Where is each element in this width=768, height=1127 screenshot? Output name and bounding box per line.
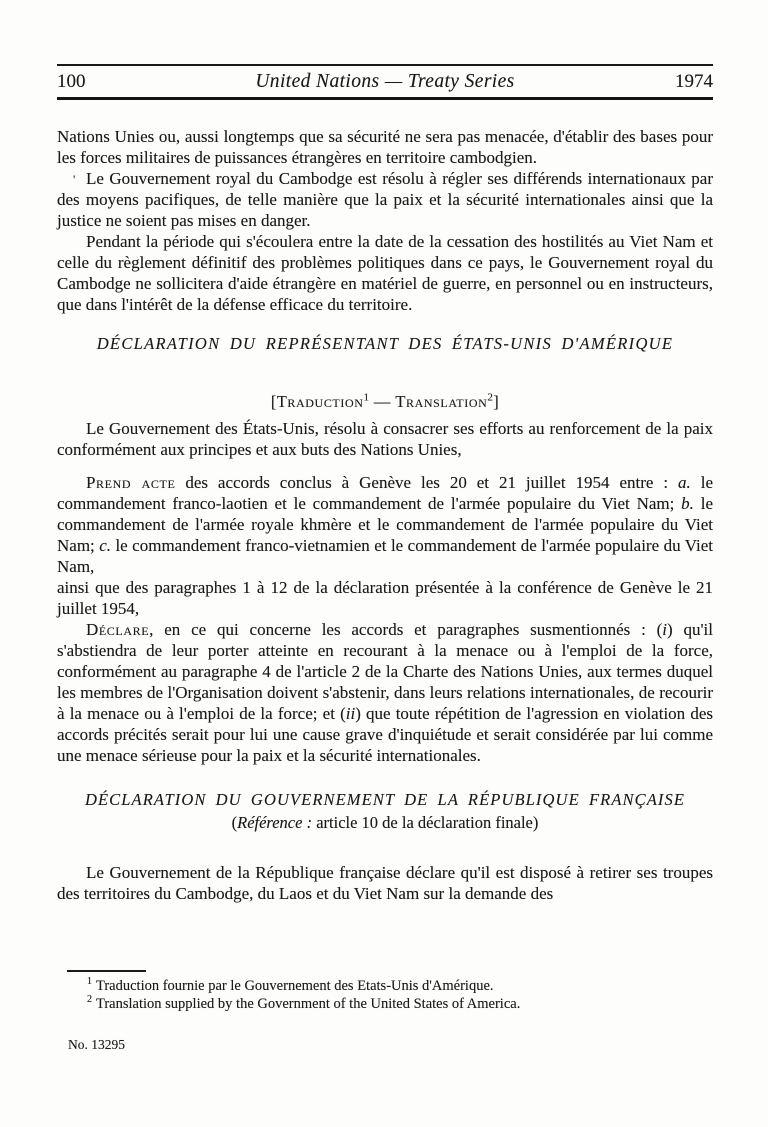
text-segment: Le Gouvernement des États-Unis, résolu à…: [57, 419, 713, 459]
section-heading-us-declaration: DÉCLARATION DU REPRÉSENTANT DES ÉTATS-UN…: [57, 332, 713, 355]
header-row: 100 United Nations — Treaty Series 1974: [57, 66, 713, 97]
text-segment: Prend acte: [86, 473, 175, 492]
footnote-marker: 1: [87, 976, 92, 987]
treaty-series-page: 100 United Nations — Treaty Series 1974 …: [0, 0, 768, 1127]
footnote: 2Translation supplied by the Government …: [57, 995, 713, 1013]
text-segment: DÉCLARATION DU GOUVERNEMENT DE LA RÉPUBL…: [85, 790, 685, 809]
text-segment: le commandement franco-vietnamien et le …: [57, 536, 713, 576]
text-segment: —: [369, 392, 395, 411]
text-segment: , en ce qui concerne les accords et para…: [149, 620, 662, 639]
text-segment: ': [73, 169, 75, 190]
text-segment: ]: [493, 392, 499, 411]
footnote-text: Traduction fournie par le Gouvernement d…: [96, 978, 494, 994]
text-segment: Translation: [395, 392, 487, 411]
text-segment: Déclare: [86, 620, 149, 639]
page-body: Nations Unies ou, aussi longtemps que sa…: [57, 99, 713, 904]
paragraph-us-resolved: Le Gouvernement des États-Unis, résolu à…: [57, 418, 713, 460]
footnote-text: Translation supplied by the Government o…: [96, 996, 520, 1012]
translation-note: [Traduction1 — Translation2]: [57, 391, 713, 412]
text-segment: article 10 de la déclaration finale): [312, 813, 538, 832]
text-segment: ainsi que des paragraphes 1 à 12 de la d…: [57, 578, 713, 618]
text-segment: Pendant la période qui s'écoulera entre …: [57, 232, 713, 314]
text-segment: Le Gouvernement de la République françai…: [57, 863, 713, 903]
page-header: 100 United Nations — Treaty Series 1974: [57, 64, 713, 100]
paragraph-continuation: Nations Unies ou, aussi longtemps que sa…: [57, 126, 713, 168]
section-heading-france-declaration: DÉCLARATION DU GOUVERNEMENT DE LA RÉPUBL…: [57, 788, 713, 811]
paragraph-cambodia-disputes: 'Le Gouvernement royal du Cambodge est r…: [57, 168, 713, 231]
footnote-separator-rule: [67, 970, 146, 972]
text-segment: Référence :: [237, 813, 312, 832]
footnote: 1Traduction fournie par le Gouvernement …: [57, 977, 713, 995]
running-title: United Nations — Treaty Series: [57, 71, 713, 93]
text-segment: des accords conclus à Genève les 20 et 2…: [175, 473, 678, 492]
text-segment: Traduction: [277, 392, 364, 411]
paragraph-france-withdraw: Le Gouvernement de la République françai…: [57, 862, 713, 904]
text-segment: b.: [681, 494, 694, 513]
text-segment: c.: [99, 536, 111, 555]
treaty-number: No. 13295: [68, 1037, 125, 1053]
text-segment: Nations Unies ou, aussi longtemps que sa…: [57, 127, 713, 167]
footnote-marker: 2: [87, 994, 92, 1005]
text-segment: Le Gouvernement royal du Cambodge est ré…: [57, 169, 713, 230]
text-segment: ii: [346, 704, 355, 723]
footnotes: 1Traduction fournie par le Gouvernement …: [57, 977, 713, 1013]
text-segment: a.: [678, 473, 691, 492]
paragraph-prend-acte: Prend acte des accords conclus à Genève …: [57, 472, 713, 577]
text-segment: DÉCLARATION DU REPRÉSENTANT DES ÉTATS-UN…: [97, 334, 674, 353]
paragraph-ainsi-que: ainsi que des paragraphes 1 à 12 de la d…: [57, 577, 713, 619]
paragraph-declare: Déclare, en ce qui concerne les accords …: [57, 619, 713, 766]
section-heading-france-reference: (Référence : article 10 de la déclaratio…: [57, 811, 713, 834]
paragraph-cambodia-aid: Pendant la période qui s'écoulera entre …: [57, 231, 713, 315]
